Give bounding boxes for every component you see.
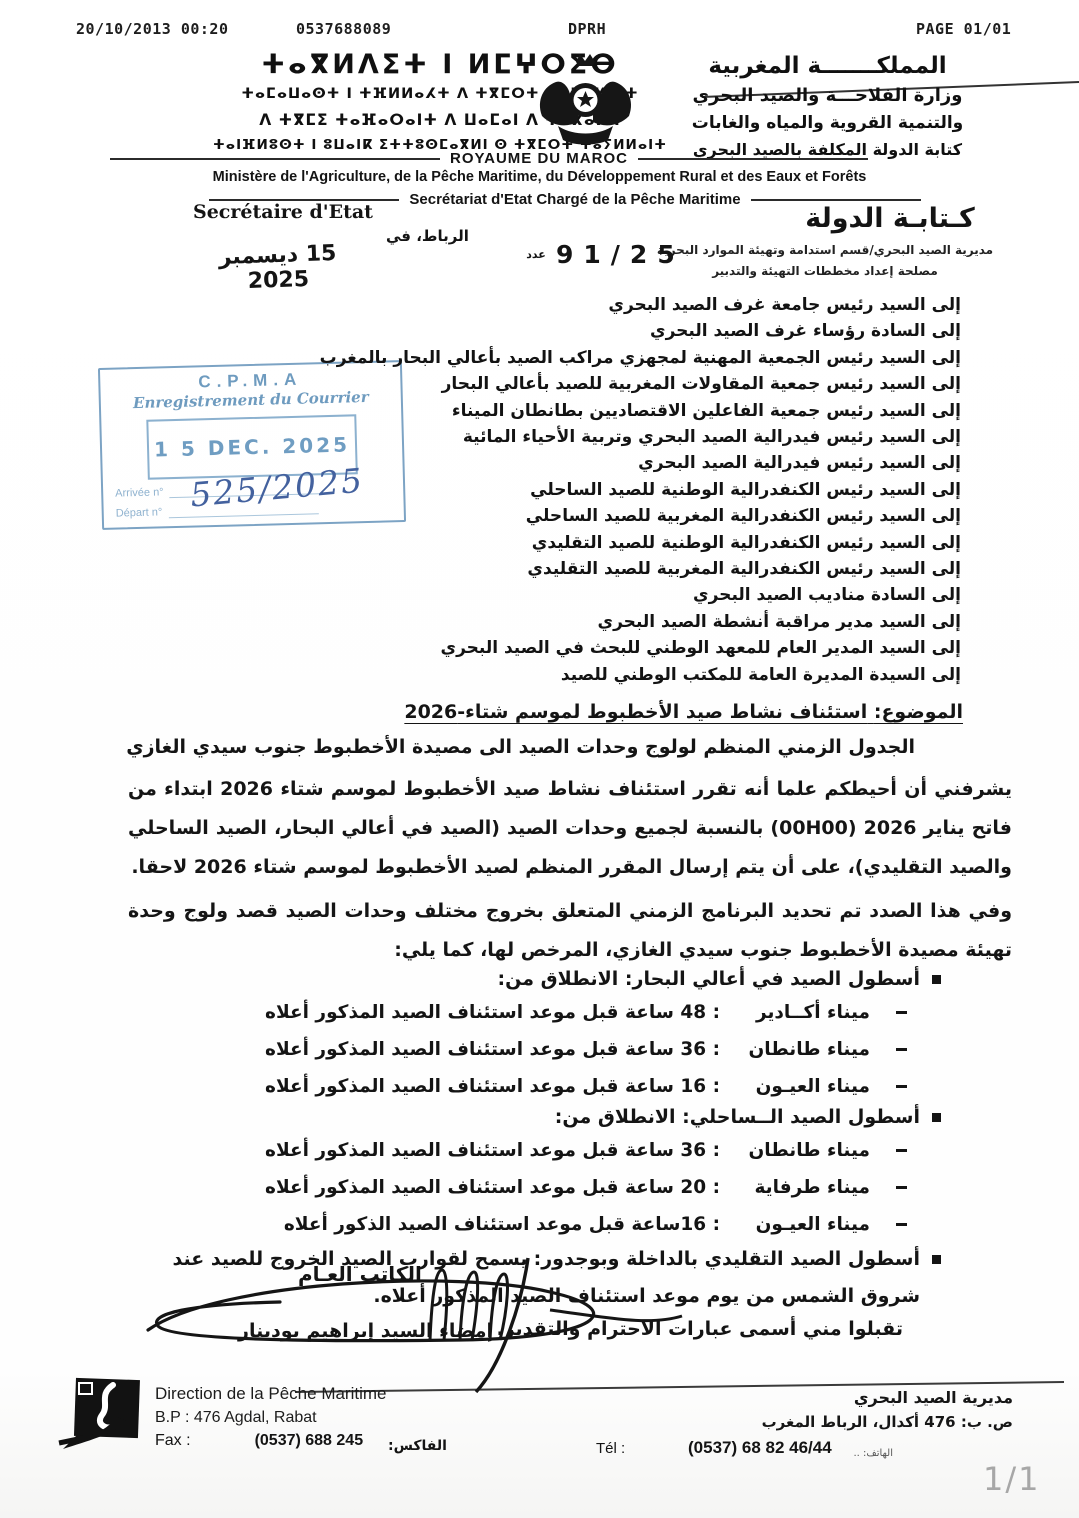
- dash-icon: [896, 1186, 907, 1189]
- reference-number-block: عدد 91/25: [524, 240, 685, 269]
- recipient-line: إلى السيد رئيس الكنفدرالية المغربية للصي…: [120, 556, 961, 582]
- port-row-tantan-2: ميناء طانطان : 36 ساعة قبل موعد استئناف …: [265, 1140, 907, 1161]
- recipient-line: إلى السيدة المديرة العامة للمكتب الوطني …: [120, 662, 961, 688]
- port-row-tantan: ميناء طانطان : 36 ساعة قبل موعد استئناف …: [265, 1039, 907, 1060]
- dash-icon: [896, 1085, 907, 1088]
- recipient-line: إلى السيد رئيس الجمعية المهنية لمجهزي مر…: [120, 345, 961, 371]
- rabat-on-label: الرباط، في: [386, 227, 469, 245]
- rule-left: [110, 158, 440, 160]
- secretariat-line: Secrétariat d'Etat Chargé de la Pêche Ma…: [409, 191, 740, 208]
- tel-label: Tél :: [596, 1440, 625, 1457]
- tel-value: (0537) 68 82 46/44: [688, 1438, 832, 1458]
- bullet-square-icon: [932, 1113, 941, 1122]
- recipient-line: إلى السيد رئيس جمعية الفاعلين الاقتصاديي…: [120, 398, 961, 424]
- port-row-agadir: ميناء أكــادير : 48 ساعة قبل موعد استئنا…: [265, 1002, 907, 1023]
- bullet-square-icon: [932, 1255, 941, 1264]
- adad-number-label: عدد: [524, 249, 548, 260]
- recipient-line: إلى السيد رئيس الكنفدرالية الوطنية للصيد…: [120, 477, 961, 503]
- recipients-list: إلى السيد رئيس جامعة غرف الصيد البحري إل…: [120, 292, 961, 688]
- footer-french-block: Direction de la Pêche Maritime B.P : 476…: [155, 1382, 386, 1430]
- recipient-line: إلى السيد رئيس الكنفدرالية الوطنية للصيد…: [120, 530, 961, 556]
- footer-direction: Direction de la Pêche Maritime: [155, 1382, 386, 1406]
- recipient-line: إلى السادة رؤساء غرف الصيد البحري: [120, 318, 961, 344]
- directorate-sublines: مديرية الصيد البحري/قسم استدامة وتهيئة ا…: [640, 240, 1010, 282]
- recipient-line: إلى السيد رئيس فيدرالية الصيد البحري وتر…: [120, 424, 961, 450]
- recipient-line: إلى السيد المدير العام للمعهد الوطني للب…: [120, 635, 961, 661]
- fax-number: 0537688089: [296, 20, 391, 38]
- dash-icon: [896, 1149, 907, 1152]
- footer-direction-ar: مديرية الصيد البحري: [762, 1385, 1013, 1410]
- fax-sender: DPRH: [568, 20, 606, 38]
- section-artisanal: أسطول الصيد التقليدي بالداخلة وبوجدور: ي…: [131, 1241, 941, 1315]
- port-delay: : 48 ساعة قبل موعد استئناف الصيد المذكور…: [265, 1002, 720, 1023]
- fax-header: 20/10/2013 00:20 0537688089 DPRH PAGE 01…: [0, 20, 1079, 46]
- section-heading-text: أسطول الصيد في أعالي البحار: الانطلاق من…: [498, 968, 920, 990]
- ministry-line-ar: وزارة الفلاحـــة والصيد البحري: [645, 82, 1010, 110]
- ministry-line2-ar: والتنمية القروية والمياه والغابات: [645, 110, 1010, 137]
- fax-value: (0537) 688 245: [255, 1432, 364, 1450]
- recipient-line: إلى السيد رئيس الكنفدرالية المغربية للصي…: [120, 503, 961, 529]
- date-stamp: 15 ديسمبر 2025: [197, 240, 359, 296]
- body-paragraph-1: يشرفني أن أحيطكم علما أنه تقرر استئناف ن…: [128, 770, 1012, 887]
- fax-label: Fax :: [155, 1432, 191, 1450]
- fax-datetime: 20/10/2013 00:20: [76, 20, 229, 38]
- dash-icon: [896, 1011, 907, 1014]
- port-name: ميناء طانطان: [720, 1039, 870, 1060]
- section-artisanal-text: أسطول الصيد التقليدي بالداخلة وبوجدور: ي…: [131, 1241, 920, 1315]
- closing-salutation: تقبلوا مني أسمى عبارات الاحترام والتقدير…: [496, 1318, 903, 1340]
- port-name: ميناء طرفاية: [720, 1177, 870, 1198]
- port-delay: : 16ساعة قبل موعد استئناف الصيد الذكور أ…: [284, 1214, 720, 1235]
- dash-icon: [896, 1048, 907, 1051]
- recipient-line: إلى السيد مدير مراقبة أنشطة الصيد البحري: [120, 609, 961, 635]
- fax-page-counter: PAGE 01/01: [916, 20, 1011, 38]
- section-high-seas-heading: أسطول الصيد في أعالي البحار: الانطلاق من…: [498, 968, 941, 990]
- footer-address: B.P : 476 Agdal, Rabat: [155, 1406, 386, 1430]
- arabic-ministry-heading: المملكـــــــة المغربية وزارة الفلاحـــة…: [645, 50, 1010, 163]
- directorate-line-1: مديرية الصيد البحري/قسم استدامة وتهيئة ا…: [640, 240, 1010, 261]
- recipient-line: إلى السيد رئيس جمعية المقاولات المغربية …: [120, 371, 961, 397]
- recipient-line: إلى السادة مناديب الصيد البحري: [120, 582, 961, 608]
- signature-caption: إمضاء السيد إبراهيم بودينار: [238, 1320, 493, 1342]
- subject-label: الموضوع:: [874, 701, 963, 723]
- directorate-line-2: مصلحة إعداد مخططات التهيئة والتدبير: [640, 261, 1010, 282]
- morocco-coat-of-arms-icon: [528, 52, 643, 152]
- port-delay: : 20 ساعة قبل موعد استئناف الصيد المذكور…: [265, 1177, 720, 1198]
- royaume-du-maroc: ROYAUME DU MAROC: [450, 150, 628, 167]
- footer-address-ar: ص. ب: 476 أكدال، الرباط المغرب: [762, 1410, 1013, 1435]
- port-name: ميناء العيـون: [720, 1214, 870, 1235]
- recipient-line: إلى السيد رئيس فيدرالية الصيد البحري: [120, 450, 961, 476]
- footer-arabic-block: مديرية الصيد البحري ص. ب: 476 أكدال، الر…: [762, 1385, 1013, 1435]
- reference-number: 91/25: [556, 240, 685, 269]
- scanned-fax-document: 20/10/2013 00:20 0537688089 DPRH PAGE 01…: [0, 0, 1079, 1518]
- port-delay: : 36 ساعة قبل موعد استئناف الصيد المذكور…: [265, 1140, 720, 1161]
- section-heading-text: أسطول الصيد التقليدي بالداخلة وبوجدور:: [534, 1248, 920, 1270]
- port-name: ميناء طانطان: [720, 1140, 870, 1161]
- body-paragraph-2: وفي هذا الصدد تم تحديد البرنامج الزمني ا…: [128, 892, 1012, 970]
- fisheries-directorate-logo-icon: [57, 1377, 152, 1457]
- subject-line: الموضوع: استئناف نشاط صيد الأخطبوط لموسم…: [404, 701, 963, 723]
- port-row-laayoune-2: ميناء العيـون : 16ساعة قبل موعد استئناف …: [284, 1214, 907, 1235]
- kitabat-addawla-calligraphy: كـتابـة الدولة: [740, 203, 1040, 234]
- port-row-tarfaya: ميناء طرفاية : 20 ساعة قبل موعد استئناف …: [265, 1177, 907, 1198]
- fax-label-arabic: الفاكس:: [388, 1438, 447, 1454]
- dash-icon: [896, 1223, 907, 1226]
- port-row-laayoune: ميناء العيـون : 16 ساعة قبل موعد استئناف…: [265, 1076, 907, 1097]
- tel-label-arabic: الهاتف: ..: [853, 1448, 893, 1459]
- kingdom-of-morocco-ar: المملكـــــــة المغربية: [645, 50, 1010, 82]
- rule-right: [638, 158, 868, 160]
- port-name: ميناء العيـون: [720, 1076, 870, 1097]
- viewer-page-indicator: 1/1: [983, 1460, 1041, 1498]
- port-delay: : 36 ساعة قبل موعد استئناف الصيد المذكور…: [265, 1039, 720, 1060]
- royaume-du-maroc-row: ROYAUME DU MAROC: [110, 150, 1010, 167]
- rule-right-2: [751, 199, 921, 201]
- footer-fax-row: Fax : (0537) 688 245: [155, 1432, 363, 1450]
- section-heading-text: أسطول الصيد الــساحلي: الانطلاق من:: [555, 1106, 920, 1128]
- subject-text: استئناف نشاط صيد الأخطبوط لموسم شتاء-202…: [404, 701, 867, 723]
- port-delay: : 16 ساعة قبل موعد استئناف الصيد المذكور…: [265, 1076, 720, 1097]
- bullet-square-icon: [932, 975, 941, 984]
- signature-title: الكاتب العـام: [298, 1262, 422, 1286]
- subject-subtitle: الجدول الزمني المنظم لولوج وحدات الصيد ا…: [126, 736, 915, 758]
- recipient-line: إلى السيد رئيس جامعة غرف الصيد البحري: [120, 292, 961, 318]
- ministere-line: Ministère de l'Agriculture, de la Pêche …: [0, 169, 1079, 185]
- secretaire-detat: Secrétaire d'Etat: [193, 201, 373, 223]
- port-name: ميناء أكــادير: [720, 1002, 870, 1023]
- section-coastal-heading: أسطول الصيد الــساحلي: الانطلاق من:: [555, 1106, 941, 1128]
